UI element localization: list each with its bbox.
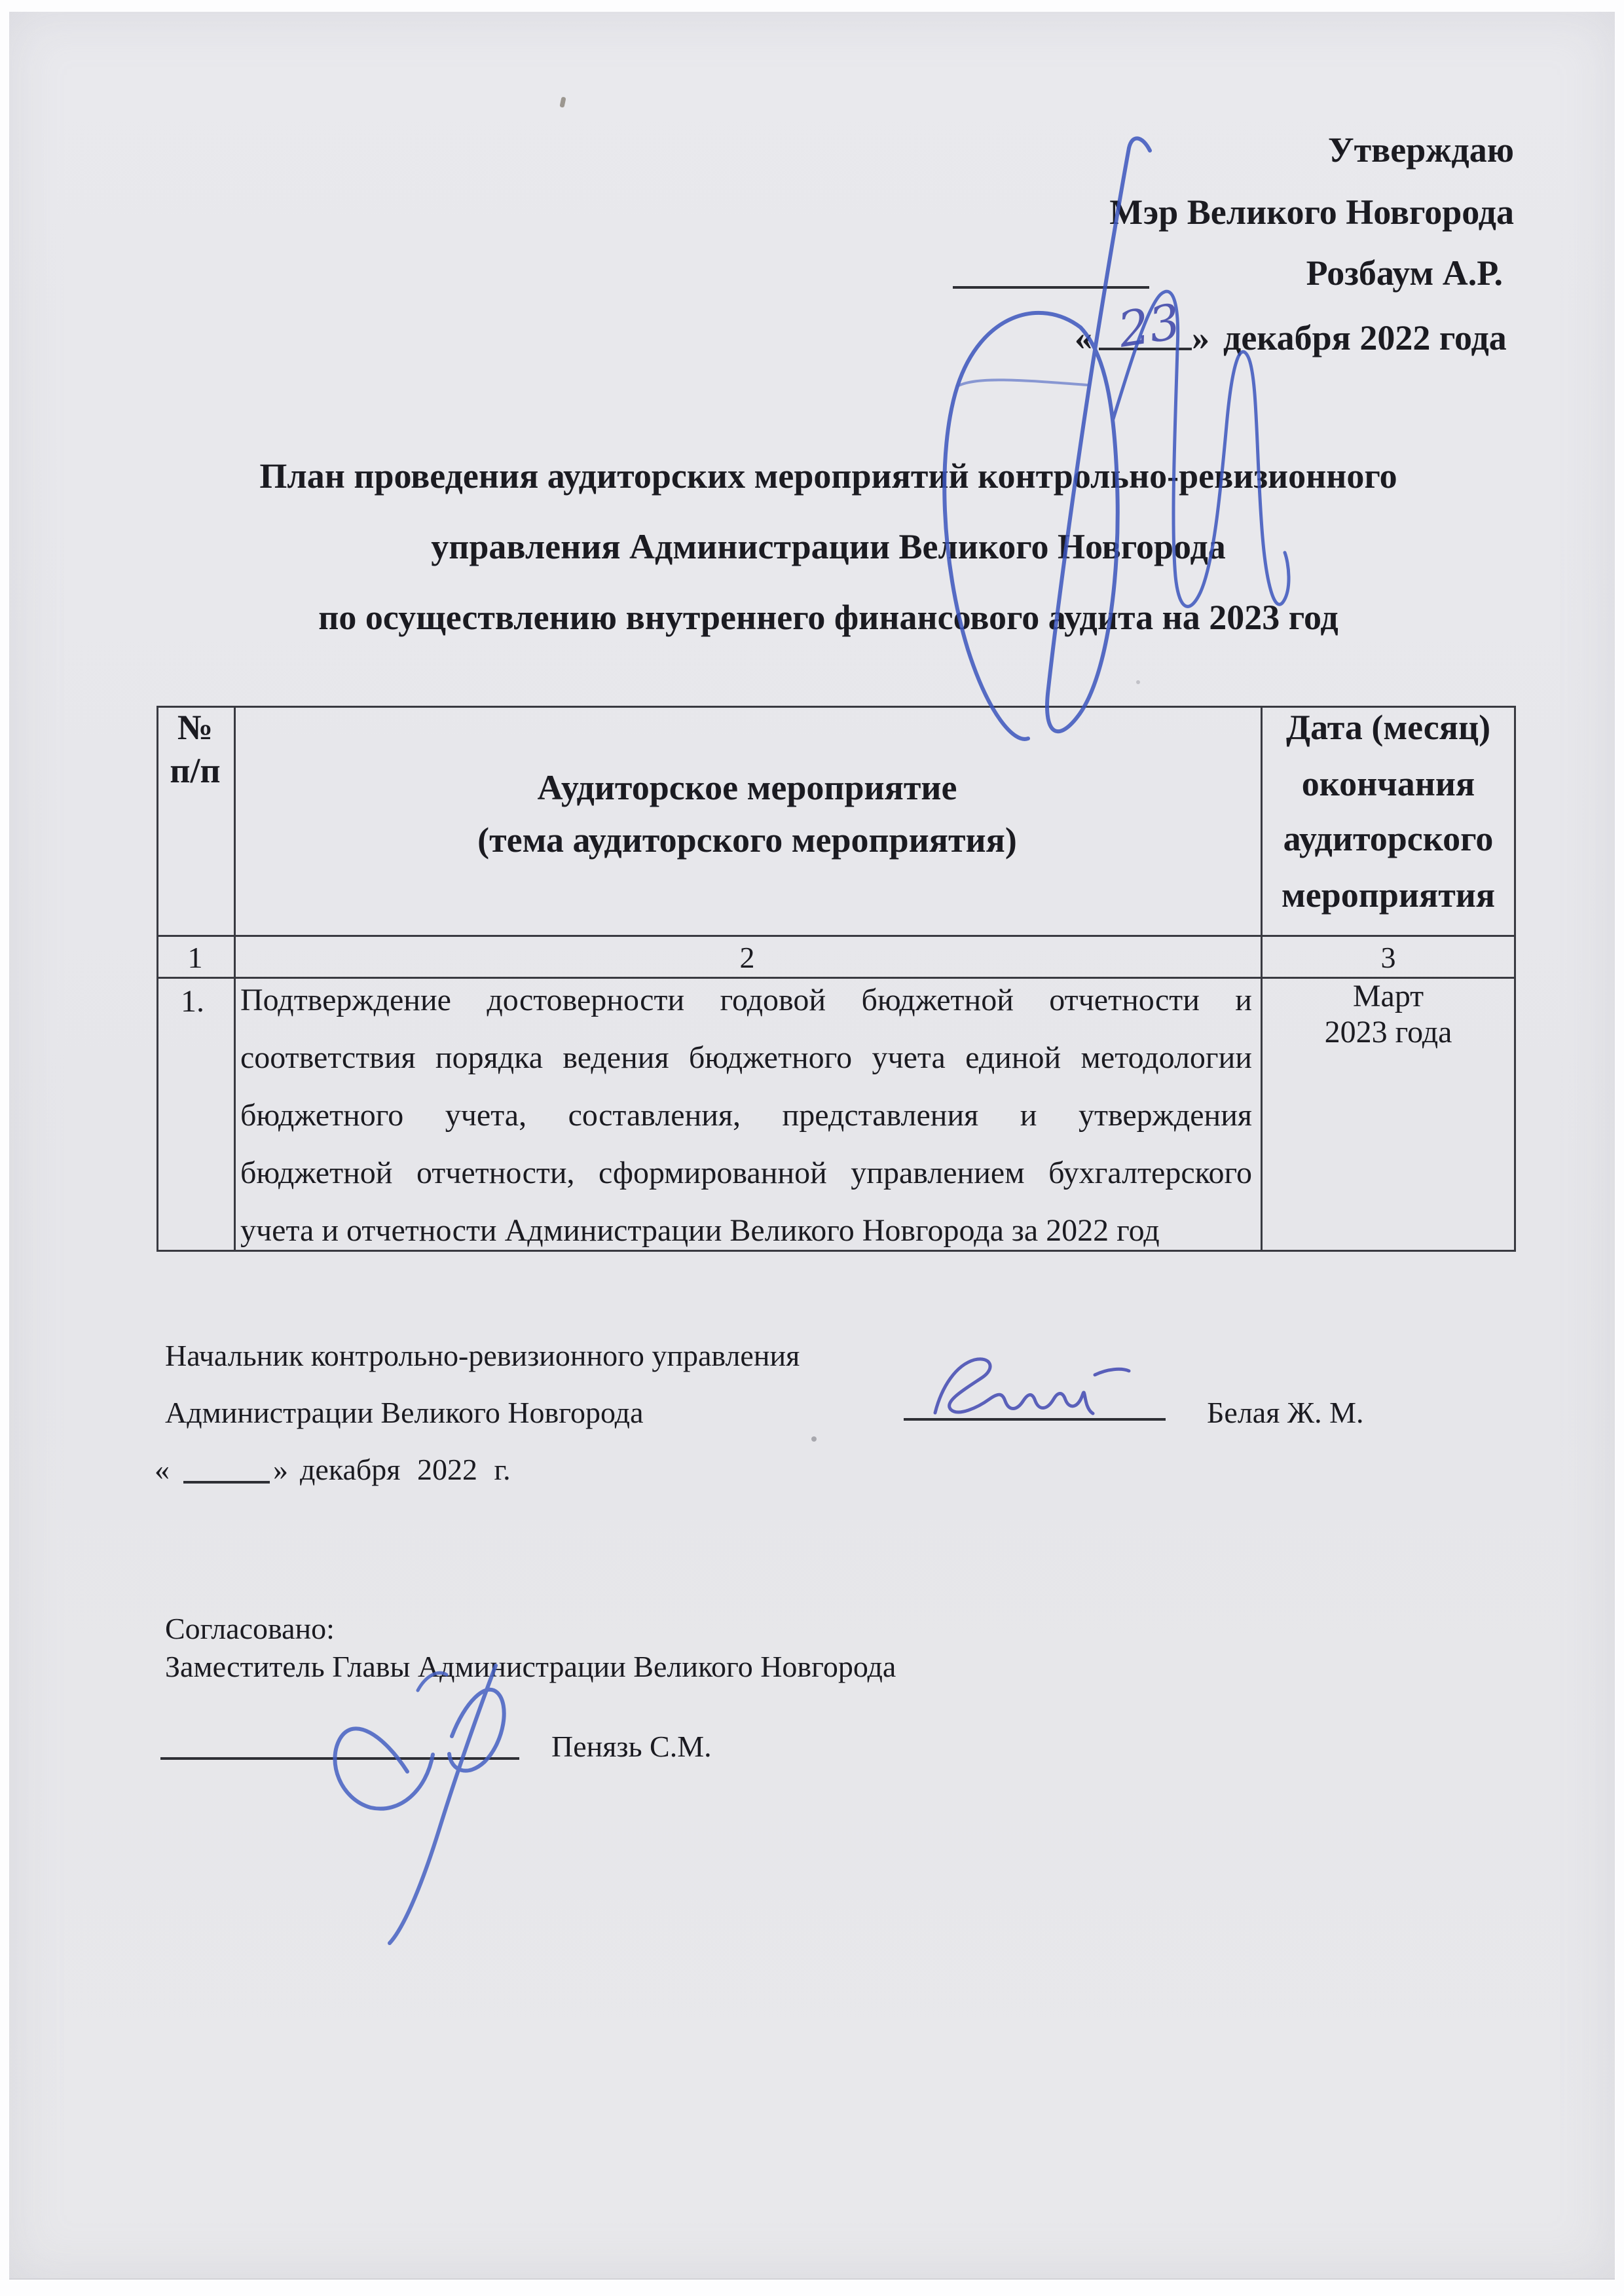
chief-date-quote-close: » <box>273 1453 288 1487</box>
chief-title-line2: Администрации Великого Новгорода <box>165 1396 644 1430</box>
date-quote-open: « <box>1075 318 1092 358</box>
scanned-document-page: { "colors": { "paper": "#e8e8eb", "ink_t… <box>0 0 1624 2296</box>
deputy-signature-line <box>160 1757 519 1760</box>
col-number-2: 2 <box>234 941 1261 975</box>
chief-title-line1: Начальник контрольно-ревизионного управл… <box>165 1339 800 1374</box>
activity-text-line1: Подтверждение достоверности годовой бюдж… <box>240 983 1252 1018</box>
activity-text-line4: бюджетной отчетности, сформированной упр… <box>240 1156 1252 1191</box>
chief-name: Белая Ж. М. <box>1207 1396 1363 1430</box>
handwritten-day: 23 <box>1115 293 1184 359</box>
signature-blank-line <box>953 286 1149 289</box>
agreement-label: Согласовано: <box>165 1612 335 1647</box>
header-activity-line1: Аудиторское мероприятие <box>234 767 1261 808</box>
header-date-line2: окончания <box>1261 763 1516 804</box>
title-line-3: по осуществлению внутреннего финансового… <box>157 597 1500 638</box>
row-date-line2: 2023 года <box>1261 1014 1516 1050</box>
header-num-line2: п/п <box>157 750 234 791</box>
title-line-2: управления Администрации Великого Новгор… <box>157 526 1500 567</box>
header-num-line1: № <box>157 707 234 748</box>
header-activity-line2: (тема аудиторского мероприятия) <box>234 820 1261 860</box>
header-date-line4: мероприятия <box>1261 875 1516 915</box>
approval-date-suffix: декабря 2022 года <box>1223 318 1507 358</box>
chief-date-suffix: декабря 2022 г. <box>300 1453 511 1487</box>
approval-mayor-title: Мэр Великого Новгорода <box>1048 192 1514 232</box>
col-number-1: 1 <box>157 941 234 975</box>
chief-signature-line <box>904 1418 1166 1421</box>
table-header-divider <box>158 935 1514 937</box>
col-number-3: 3 <box>1261 941 1516 975</box>
row-number: 1. <box>157 983 229 1019</box>
activity-text-line2: соответствия порядка ведения бюджетного … <box>240 1041 1252 1076</box>
chief-date-blank-line <box>183 1481 270 1484</box>
deputy-title-line: Заместитель Главы Администрации Великого… <box>165 1650 896 1685</box>
row-date-line1: Март <box>1261 978 1516 1014</box>
header-date-line1: Дата (месяц) <box>1261 707 1516 748</box>
chief-date-quote-open: « <box>155 1453 170 1487</box>
deputy-name: Пенязь С.М. <box>551 1730 712 1764</box>
title-line-1: План проведения аудиторских мероприятий … <box>157 456 1500 496</box>
activity-text-line3: бюджетного учета, составления, представл… <box>240 1099 1252 1133</box>
activity-text-line5: учета и отчетности Администрации Великог… <box>240 1214 1252 1248</box>
header-date-line3: аудиторского <box>1261 818 1516 859</box>
date-quote-close: » <box>1192 318 1209 358</box>
approval-word: Утверждаю <box>1048 130 1514 170</box>
